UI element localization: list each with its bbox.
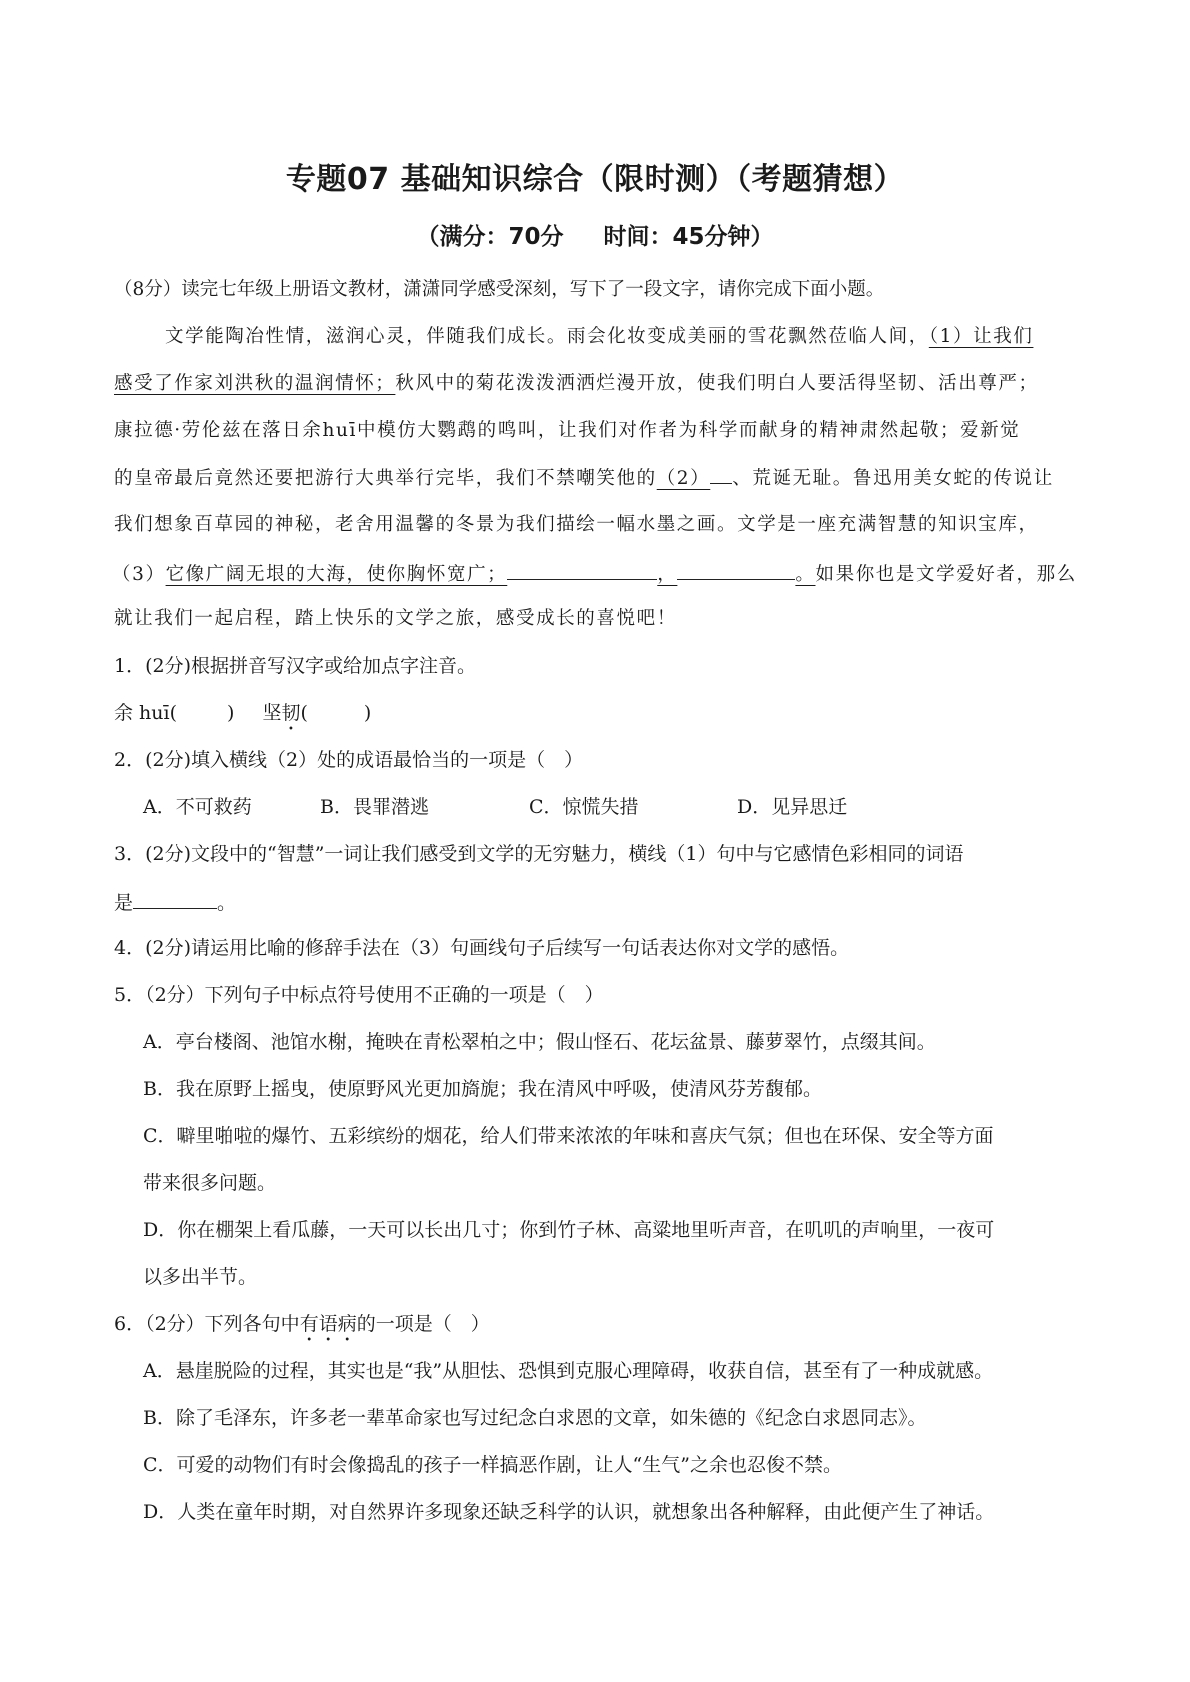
fill-blank-3a[interactable] <box>507 559 657 580</box>
option-d[interactable]: D．见异思迁 <box>737 794 847 820</box>
option-c[interactable]: C．惊慌失措 <box>529 794 639 820</box>
question-1-answer-row: 余 huī()坚韧() <box>114 700 371 735</box>
dotted-char-ren: 韧 <box>281 702 300 724</box>
q5-option-a[interactable]: A．亭台楼阁、池馆水榭，掩映在青松翠柏之中；假山怪石、花坛盆景、藤萝翠竹，点缀其… <box>143 1029 936 1055</box>
question-5: 5．（2分）下列句子中标点符号使用不正确的一项是（ ） <box>114 982 604 1008</box>
fill-blank-3b[interactable] <box>677 559 795 580</box>
question-3-cont: 是。 <box>114 888 236 916</box>
q5-option-c[interactable]: C．噼里啪啦的爆竹、五彩缤纷的烟花，给人们带来浓浓的年味和喜庆气氛；但也在环保、… <box>143 1123 994 1149</box>
underlined-sentence-1: （1）让我们 <box>929 326 1034 347</box>
document-page: 专题07 基础知识综合（限时测）（考题猜想） （满分：70分时间：45分钟） （… <box>0 0 1190 1682</box>
passage-line-3: 康拉德·劳伦兹在落日余huī中模仿大鹦鹉的鸣叫，让我们对作者为科学而献身的精神肃… <box>114 418 1020 444</box>
option-a[interactable]: A．不可救药 <box>143 794 252 820</box>
passage-line-4: 的皇帝最后竟然还要把游行大典举行完毕，我们不禁嘲笑他的（2）、荒诞无耻。鲁迅用美… <box>114 465 1054 492</box>
question-4: 4．(2分)请运用比喻的修辞手法在（3）句画线句子后续写一句话表达你对文学的感悟… <box>114 935 849 961</box>
question-1: 1．(2分)根据拼音写汉字或给加点字注音。 <box>114 653 476 679</box>
underlined-sentence-3: 它像广阔无垠的大海，使你胸怀宽广； <box>166 564 508 585</box>
underlined-sentence-1-cont: 感受了作家刘洪秋的温润情怀； <box>114 373 395 394</box>
page-subtitle: （满分：70分时间：45分钟） <box>0 218 1190 251</box>
passage-line-2: 感受了作家刘洪秋的温润情怀；秋风中的菊花泼泼洒洒烂漫开放，使我们明白人要活得坚韧… <box>114 371 1039 397</box>
q6-option-c[interactable]: C．可爱的动物们有时会像捣乱的孩子一样搞恶作剧，让人“生气”之余也忍俊不禁。 <box>143 1452 842 1478</box>
q5-option-d-cont: 以多出半节。 <box>143 1264 257 1290</box>
passage-line-7: 就让我们一起启程，踏上快乐的文学之旅，感受成长的喜悦吧！ <box>114 606 677 632</box>
q6-option-b[interactable]: B．除了毛泽东，许多老一辈革命家也写过纪念白求恩的文章，如朱德的《纪念白求恩同志… <box>143 1405 926 1431</box>
blank-2: （2） <box>657 468 711 489</box>
q6-option-d[interactable]: D．人类在童年时期，对自然界许多现象还缺乏科学的认识，就想象出各种解释，由此便产… <box>143 1499 994 1525</box>
q5-option-b[interactable]: B．我在原野上摇曳，使原野风光更加旖旎；我在清风中呼吸，使清风芬芳馥郁。 <box>143 1076 822 1102</box>
option-b[interactable]: B．畏罪潜逃 <box>320 794 429 820</box>
answer-blank-q3[interactable] <box>133 888 217 909</box>
passage-line-5: 我们想象百草园的神秘，老舍用温馨的冬景为我们描绘一幅水墨之画。文学是一座充满智慧… <box>114 512 1039 538</box>
passage-line-6: （3）它像广阔无垠的大海，使你胸怀宽广；，。如果你也是文学爱好者，那么 <box>112 559 1077 588</box>
q6-option-a[interactable]: A．悬崖脱险的过程，其实也是“我”从胆怯、恐惧到克服心理障碍，收获自信，甚至有了… <box>143 1358 993 1384</box>
q5-option-c-cont: 带来很多问题。 <box>143 1170 276 1196</box>
page-title: 专题07 基础知识综合（限时测）（考题猜想） <box>0 154 1190 198</box>
intro-prompt: （8分）读完七年级上册语文教材，潇潇同学感受深刻，写下了一段文字，请你完成下面小… <box>114 277 884 303</box>
question-2: 2．(2分)填入横线（2）处的成语最恰当的一项是（ ） <box>114 747 583 773</box>
score-label: （满分：70分 <box>416 224 563 250</box>
dotted-emphasis-yubing: 有语病 <box>300 1313 357 1335</box>
passage-line-1: 文学能陶冶性情，滋润心灵，伴随我们成长。雨会化妆变成美丽的雪花飘然莅临人间，（1… <box>165 324 1033 350</box>
q5-option-d[interactable]: D．你在棚架上看瓜藤，一天可以长出几寸；你到竹子林、高粱地里听声音，在叽叽的声响… <box>143 1217 994 1243</box>
question-2-options: A．不可救药 B．畏罪潜逃 C．惊慌失措 D．见异思迁 <box>143 794 1043 820</box>
question-3: 3．(2分)文段中的“智慧”一词让我们感受到文学的无穷魅力，横线（1）句中与它感… <box>114 841 964 867</box>
time-label: 时间：45分钟） <box>604 224 774 250</box>
question-6: 6．（2分）下列各句中有语病的一项是（ ） <box>114 1311 490 1346</box>
